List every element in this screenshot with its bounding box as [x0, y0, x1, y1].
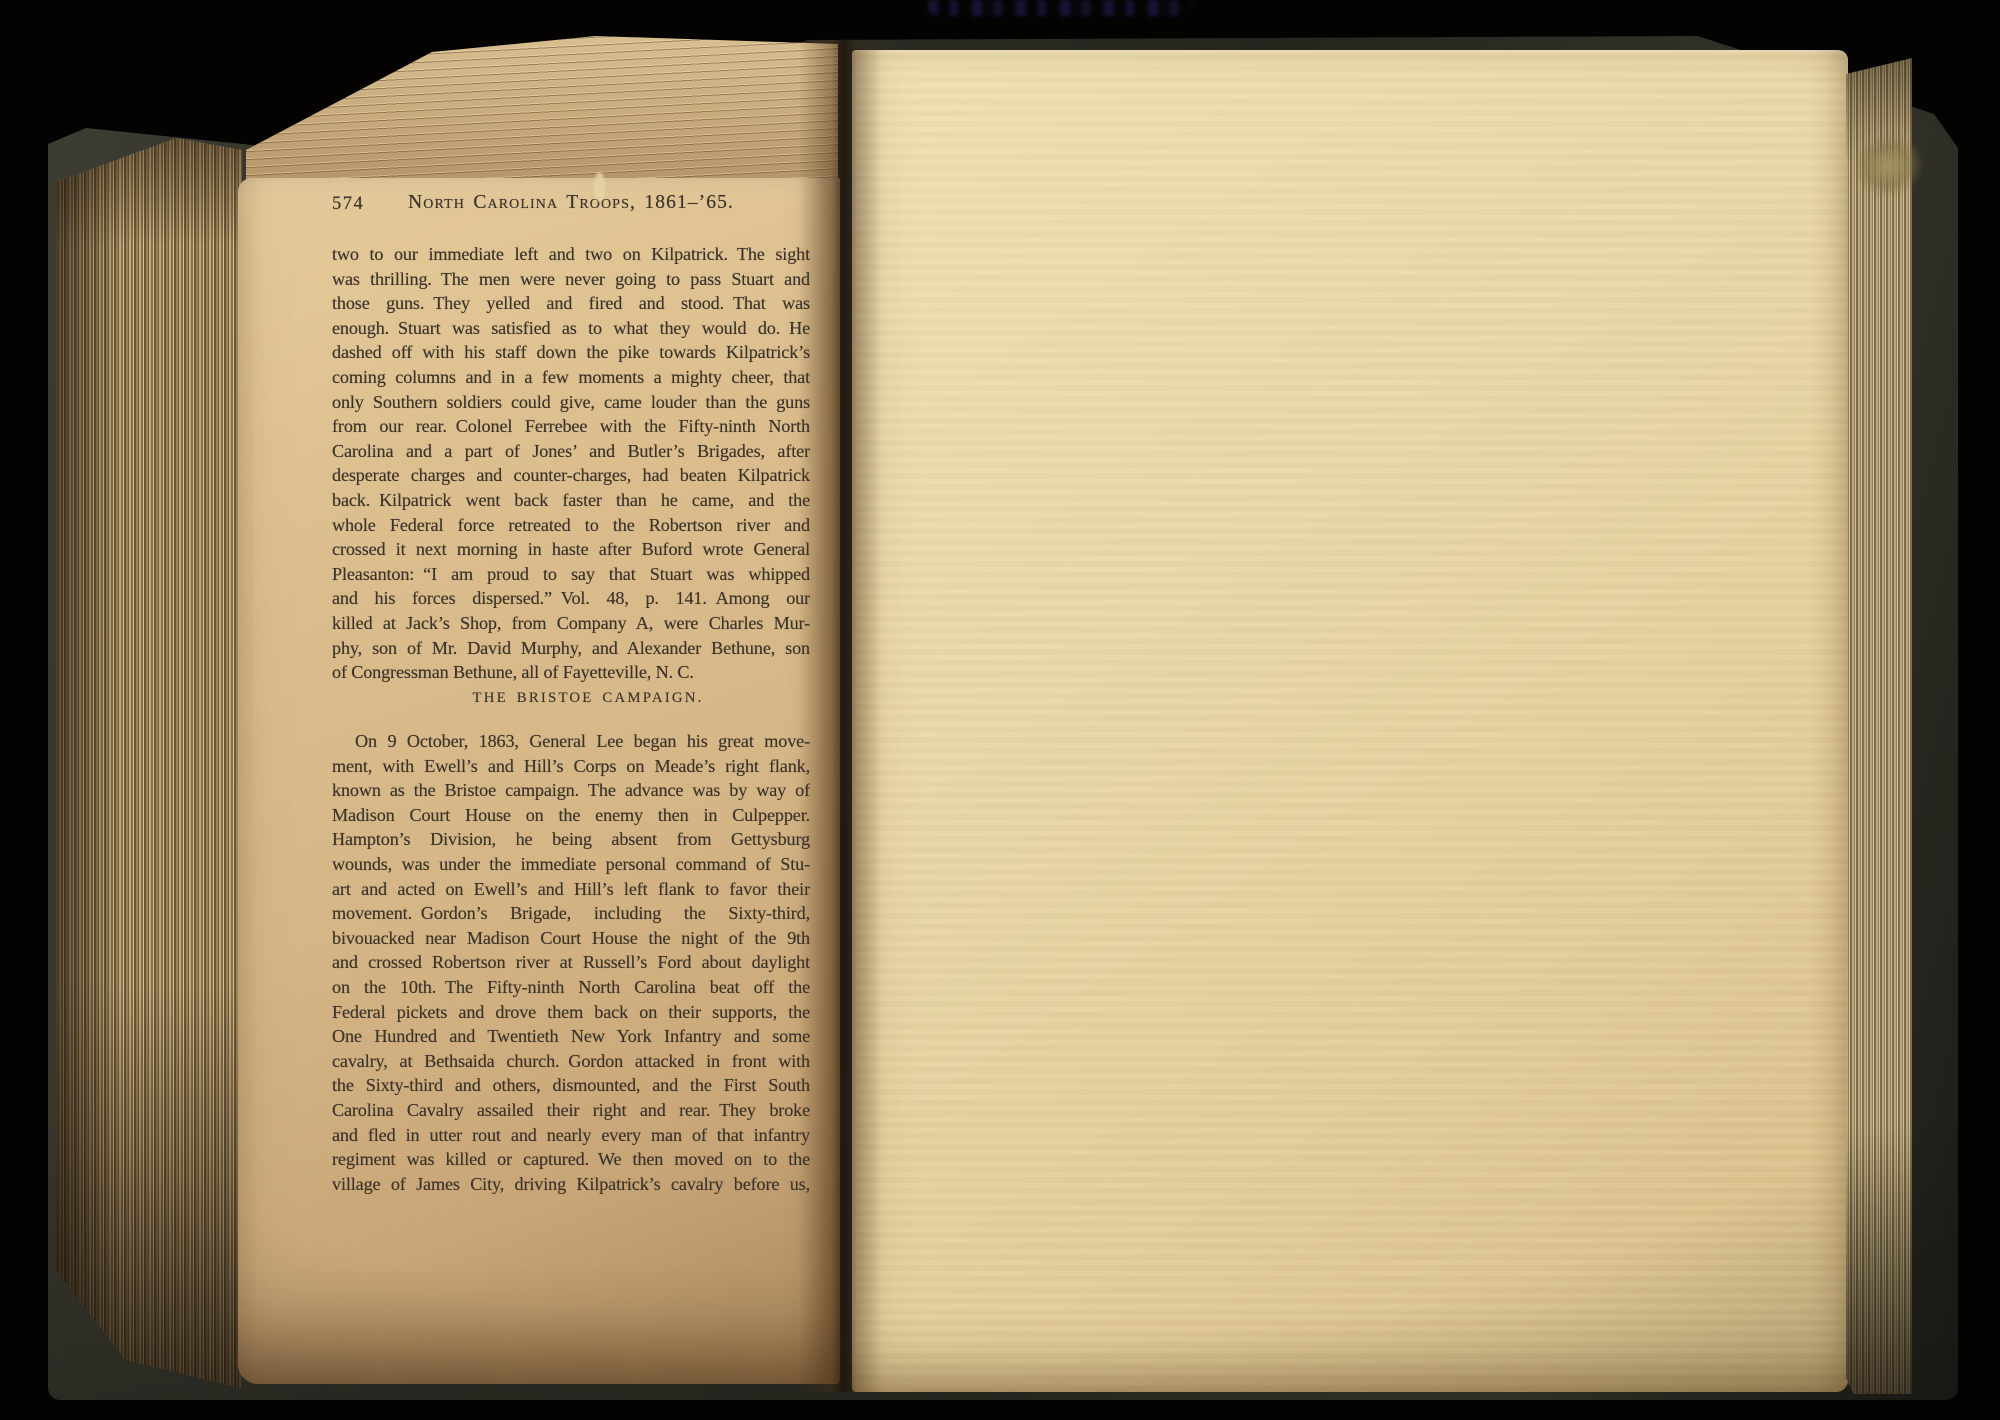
text-line: the Sixty-third and others, dismounted, …: [332, 1073, 810, 1098]
text-line: crossed it next morning in haste after B…: [332, 537, 810, 562]
text-line: art and acted on Ewell’s and Hill’s left…: [332, 877, 810, 902]
text-line: ment, with Ewell’s and Hill’s Corps on M…: [332, 754, 810, 779]
text-line: movement. Gordon’s Brigade, including th…: [332, 901, 810, 926]
text-line: killed at Jack’s Shop, from Company A, w…: [332, 611, 810, 636]
paragraph-2: On 9 October, 1863, General Lee began hi…: [332, 729, 810, 1196]
text-line: two to our immediate left and two on Kil…: [332, 242, 810, 267]
text-line: and his forces dispersed.” Vol. 48, p. 1…: [332, 586, 810, 611]
text-line: Federal pickets and drove them back on t…: [332, 1000, 810, 1025]
text-line: on the 10th. The Fifty-ninth North Carol…: [332, 975, 810, 1000]
section-heading: THE BRISTOE CAMPAIGN.: [332, 690, 810, 707]
text-line: of Congressman Bethune, all of Fayettevi…: [332, 660, 810, 685]
text-line: regiment was killed or captured. We then…: [332, 1147, 810, 1172]
text-line: only Southern soldiers could give, came …: [332, 390, 810, 415]
top-page-edges: [246, 30, 838, 186]
page-edge-notch: [594, 172, 605, 202]
book-photo: 574 North Carolina Troops, 1861–’65. two…: [0, 0, 2000, 1420]
text-line: wounds, was under the immediate personal…: [332, 852, 810, 877]
text-line: those guns. They yelled and fired and st…: [332, 291, 810, 316]
text-line: Carolina and a part of Jones’ and Butler…: [332, 439, 810, 464]
text-line: Madison Court House on the enemy then in…: [332, 803, 810, 828]
running-header: 574 North Carolina Troops, 1861–’65.: [332, 192, 810, 220]
text-line: and fled in utter rout and nearly every …: [332, 1123, 810, 1148]
paragraph-1: two to our immediate left and two on Kil…: [332, 242, 810, 685]
text-line: enough. Stuart was satisfied as to what …: [332, 316, 810, 341]
left-page-edges: [56, 120, 242, 1388]
page-number: 574: [332, 194, 364, 215]
text-line: bivouacked near Madison Court House the …: [332, 926, 810, 951]
text-line: dashed off with his staff down the pike …: [332, 340, 810, 365]
text-line: and crossed Robertson river at Russell’s…: [332, 950, 810, 975]
left-page: 574 North Carolina Troops, 1861–’65. two…: [238, 178, 840, 1384]
text-line: from our rear. Colonel Ferrebee with the…: [332, 414, 810, 439]
text-line: known as the Bristoe campaign. The advan…: [332, 778, 810, 803]
text-line: Hampton’s Division, he being absent from…: [332, 827, 810, 852]
text-line: Pleasanton: “I am proud to say that Stua…: [332, 562, 810, 587]
text-line: coming columns and in a few moments a mi…: [332, 365, 810, 390]
text-line: cavalry, at Bethsaida church. Gordon att…: [332, 1049, 810, 1074]
purple-ink-mark: [928, 0, 1193, 16]
text-line: On 9 October, 1863, General Lee began hi…: [332, 729, 810, 754]
text-line: phy, son of Mr. David Murphy, and Alexan…: [332, 636, 810, 661]
text-line: back. Kilpatrick went back faster than h…: [332, 488, 810, 513]
text-line: village of James City, driving Kilpatric…: [332, 1172, 810, 1197]
text-line: was thrilling. The men were never going …: [332, 267, 810, 292]
text-line: Carolina Cavalry assailed their right an…: [332, 1098, 810, 1123]
running-title: North Carolina Troops, 1861–’65.: [332, 192, 810, 214]
text-line: whole Federal force retreated to the Rob…: [332, 513, 810, 538]
text-line: desperate charges and counter-charges, h…: [332, 463, 810, 488]
right-page-edges: [1846, 58, 1912, 1394]
right-page: [852, 50, 1848, 1392]
text-line: One Hundred and Twentieth New York Infan…: [332, 1024, 810, 1049]
